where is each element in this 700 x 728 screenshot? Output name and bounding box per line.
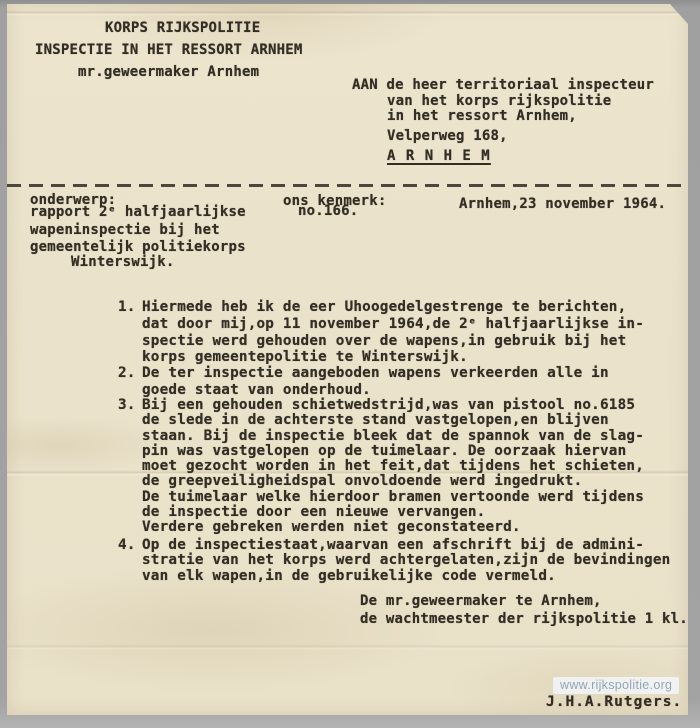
recipient-street: Velperweg 168,	[387, 128, 508, 145]
item-1-text: Hiermede heb ik de eer Uhoogedelgestreng…	[142, 299, 644, 366]
dashed-separator	[7, 184, 686, 187]
closing-lines: De mr.geweermaker te Arnhem, de wachtmee…	[360, 593, 688, 628]
reference-number-value: no.166.	[298, 203, 358, 220]
signature-name: J.H.A.Rutgers.	[546, 694, 682, 710]
subject-last-line: Winterswijk.	[71, 254, 175, 271]
item-4-text: Op de inspectiestaat,waarvan een afschri…	[142, 538, 670, 584]
letterhead-org-name: KORPS RIJKSPOLITIE	[105, 20, 260, 37]
letterhead-org-division: INSPECTIE IN HET RESSORT ARNHEM	[35, 42, 303, 59]
item-3-text: Bij een gehouden schietwedstrijd,was van…	[142, 398, 644, 536]
item-3-number: 3.	[118, 398, 142, 536]
letterhead-org-role: mr.geweermaker Arnhem	[78, 64, 259, 81]
item-4-number: 4.	[118, 538, 142, 584]
item-2-text: De ter inspectie aangeboden wapens verke…	[142, 365, 609, 399]
website-watermark: www.rijkspolitie.org	[553, 677, 679, 694]
recipient-city: A R N H E M	[387, 148, 491, 165]
paper-crease-top	[7, 10, 688, 16]
item-1-number: 1.	[118, 299, 142, 366]
paper-crease-bottom	[7, 644, 688, 650]
body-item-3: 3. Bij een gehouden schietwedstrijd,was …	[118, 398, 644, 536]
body-item-1: 1. Hiermede heb ik de eer Uhoogedelgestr…	[118, 299, 644, 366]
body-item-4: 4. Op de inspectiestaat,waarvan een afsc…	[118, 538, 670, 584]
scan-background: { "document": { "header": { "line1": "KO…	[0, 0, 700, 728]
item-2-number: 2.	[118, 365, 142, 399]
document-paper: KORPS RIJKSPOLITIE INSPECTIE IN HET RESS…	[7, 4, 688, 715]
body-item-2: 2. De ter inspectie aangeboden wapens ve…	[118, 365, 609, 399]
place-date-line: Arnhem,23 november 1964.	[459, 196, 666, 213]
scanner-bed: KORPS RIJKSPOLITIE INSPECTIE IN HET RESS…	[0, 0, 700, 728]
subject-lines: rapport 2ᵉ halfjaarlijkse wapeninspectie…	[30, 204, 246, 257]
recipient-lines-2-3: van het korps rijkspolitie in het ressor…	[387, 94, 611, 125]
recipient-line-1: AAN de heer territoriaal inspecteur	[352, 77, 654, 94]
